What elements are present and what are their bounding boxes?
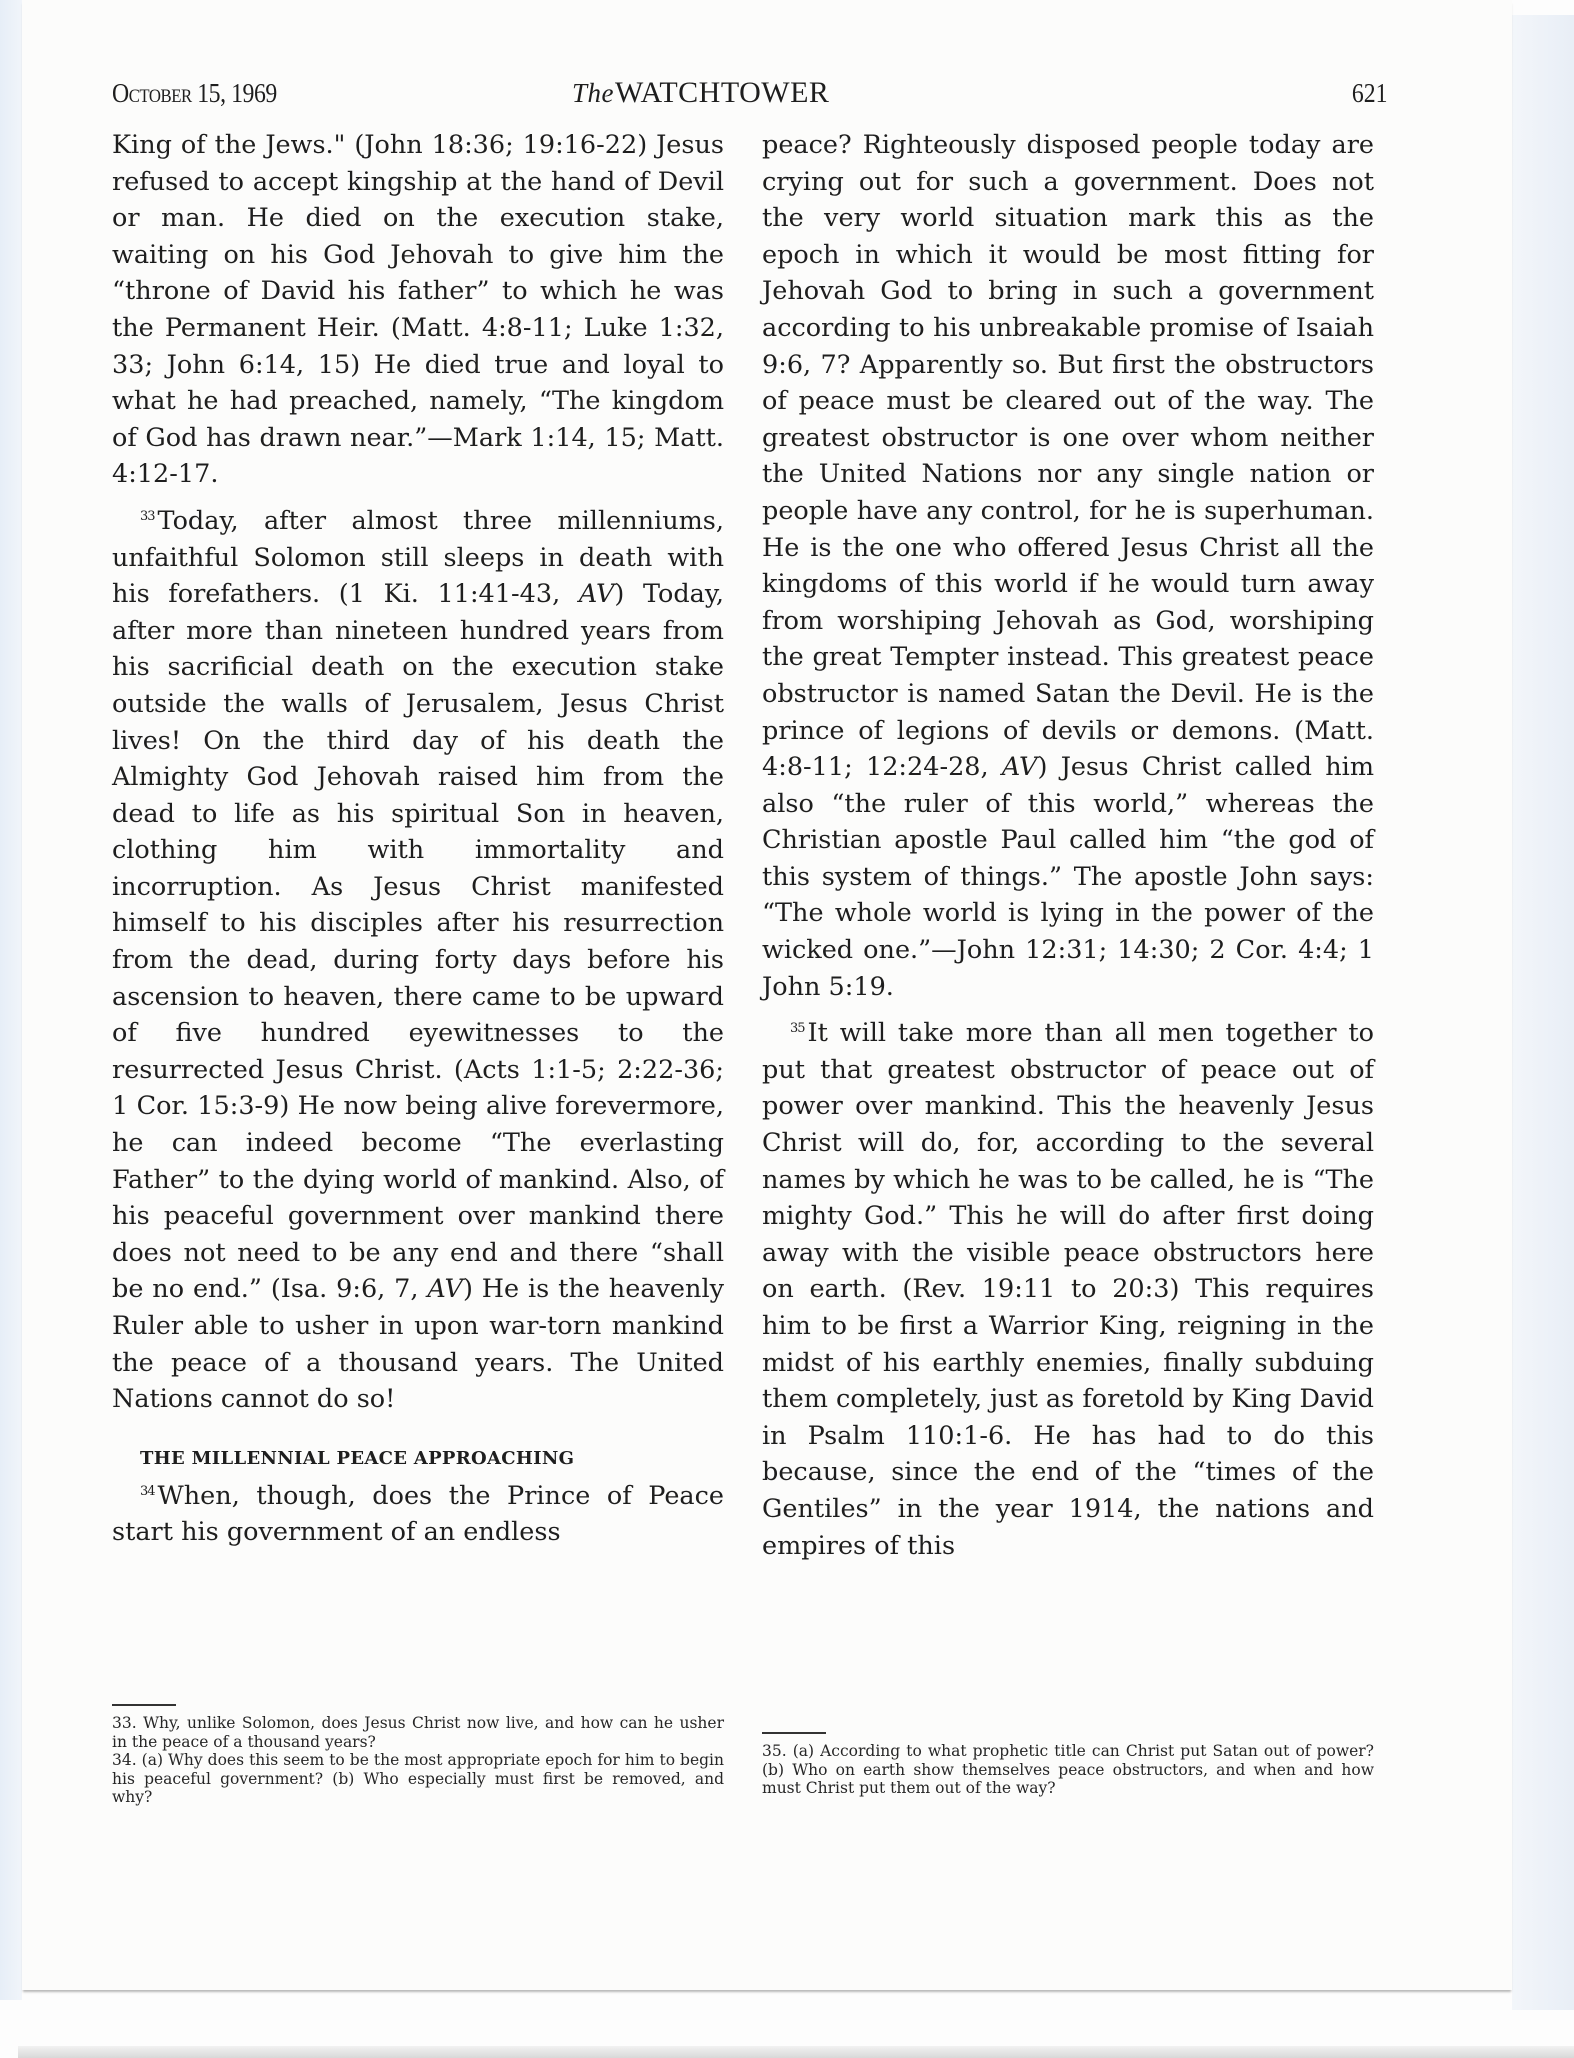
publication-title-name: WATCHTOWER	[615, 76, 829, 109]
version-abbrev: AV	[1002, 752, 1038, 782]
footnote-rule	[112, 1704, 176, 1706]
paragraph-34-start: 34When, though, does the Prince of Peace…	[112, 1474, 724, 1551]
left-footnotes: 33. Why, unlike Solomon, does Jesus Chri…	[112, 1692, 724, 1807]
version-abbrev: AV	[427, 1274, 463, 1304]
scan-edge-left	[0, 0, 22, 2000]
scan-bottom-edge	[18, 2046, 1574, 2058]
issue-date: October 15, 1969	[112, 78, 277, 109]
footnote-34: 34. (a) Why does this seem to be the mos…	[112, 1751, 724, 1807]
page-number: 621	[1351, 78, 1387, 109]
publication-title: TheWATCHTOWER	[572, 76, 829, 110]
paragraph-33: 33Today, after almost three millenniums,…	[112, 499, 724, 1418]
scan-edge-right	[1512, 15, 1574, 2010]
paragraph-32-continued: King of the Jews." (John 18:36; 19:16-22…	[112, 127, 724, 493]
paragraph-34-continued: peace? Righteously disposed people today…	[762, 127, 1374, 1005]
publication-title-prefix: The	[572, 78, 614, 108]
paragraph-text: peace? Righteously disposed people today…	[762, 130, 1374, 782]
footnote-33: 33. Why, unlike Solomon, does Jesus Chri…	[112, 1714, 724, 1751]
paragraph-text: ) Jesus Christ called him also “the rule…	[762, 752, 1374, 1002]
paragraph-number: 33	[140, 509, 155, 524]
left-column: King of the Jews." (John 18:36; 19:16-22…	[112, 127, 724, 1557]
footnote-rule	[762, 1732, 826, 1734]
running-head: October 15, 1969 TheWATCHTOWER 621	[112, 78, 1387, 118]
paragraph-number: 34	[140, 1484, 155, 1499]
paragraph-text: ) Today, after more than nineteen hundre…	[112, 579, 724, 1304]
footnote-35: 35. (a) According to what prophetic titl…	[762, 1742, 1374, 1798]
right-column: peace? Righteously disposed people today…	[762, 127, 1374, 1570]
paragraph-text: When, though, does the Prince of Peace s…	[112, 1481, 724, 1548]
paragraph-35: 35It will take more than all men togethe…	[762, 1011, 1374, 1564]
version-abbrev: AV	[579, 579, 615, 609]
paragraph-text: It will take more than all men together …	[762, 1018, 1374, 1560]
section-subheading: THE MILLENNIAL PEACE APPROACHING	[140, 1444, 724, 1474]
right-footnotes: 35. (a) According to what prophetic titl…	[762, 1720, 1374, 1798]
paragraph-number: 35	[790, 1021, 805, 1036]
